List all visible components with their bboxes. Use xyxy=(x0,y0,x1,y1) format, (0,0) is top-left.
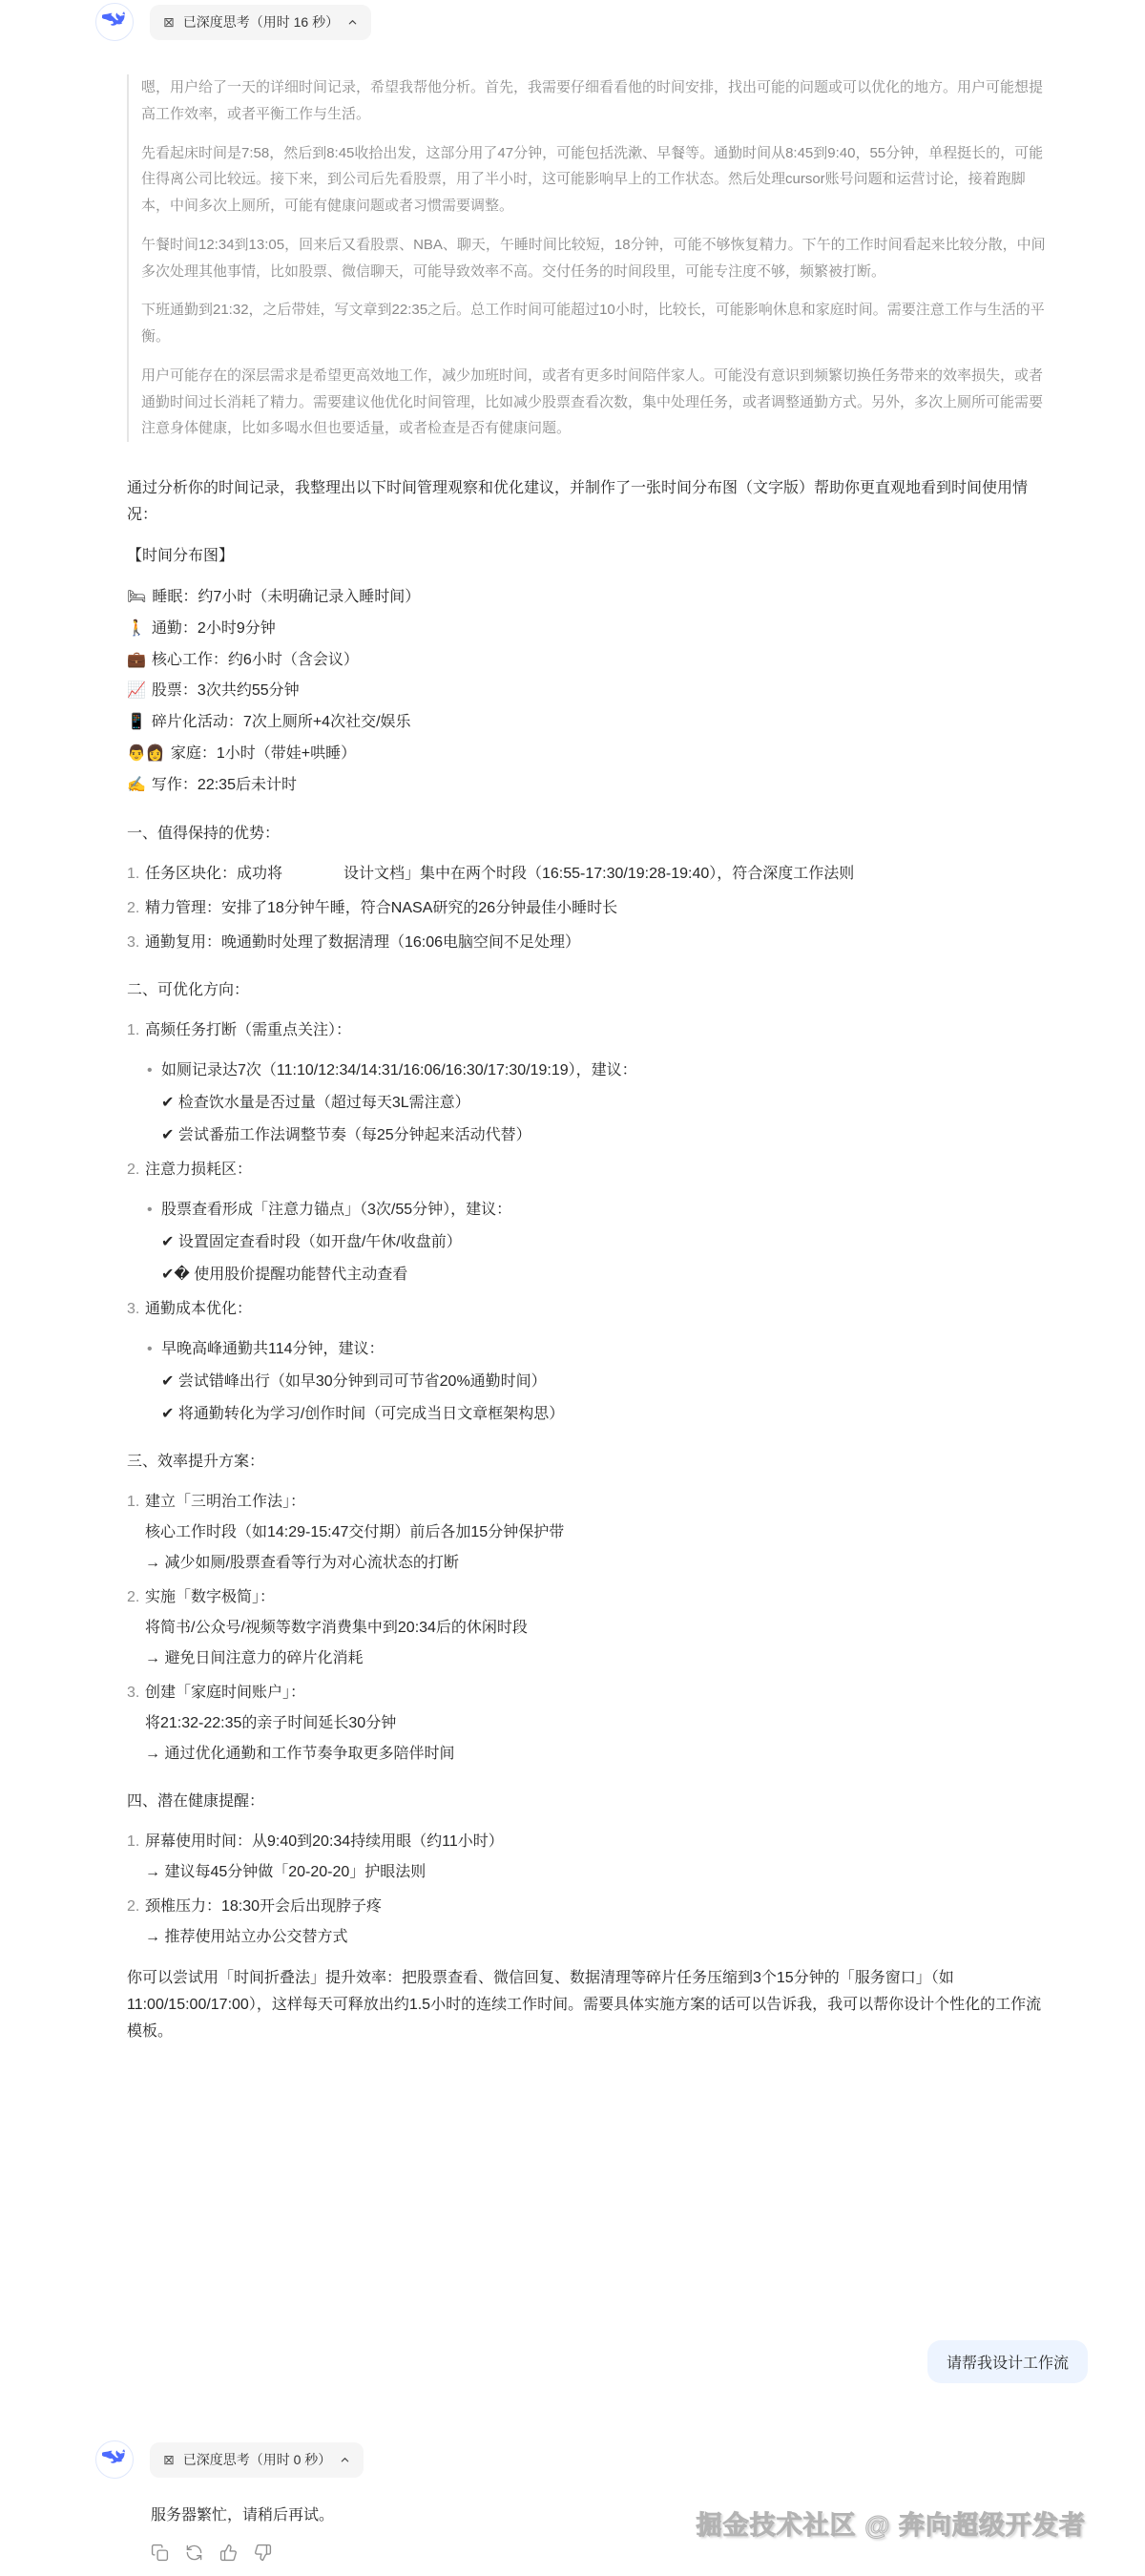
time-item-text: 睡眠：约7小时（未明确记录入睡时间） xyxy=(152,589,420,605)
list-item-line: 精力管理：安排了18分钟午睡，符合NASA研究的26分钟最佳小睡时长 xyxy=(145,895,1053,922)
thinking-label: 已深度思考（用时 0 秒） xyxy=(183,2450,332,2469)
walking-person-icon: 🚶 xyxy=(127,620,146,637)
thinking-paragraph: 午餐时间12:34到13:05，回来后又看股票、NBA、聊天，午睡时间比较短，1… xyxy=(141,232,1053,285)
thinking-paragraph: 嗯，用户给了一天的详细时间记录，希望我帮他分析。首先，我需要仔细看看他的时间安排… xyxy=(141,74,1053,128)
briefcase-icon: 💼 xyxy=(127,652,146,668)
regenerate-icon xyxy=(185,2544,203,2565)
numbered-list: 任务区块化：成功将 设计文档」集中在两个时段（16:55-17:30/19:28… xyxy=(127,861,1053,956)
time-item: 📈股票：3次共约55分钟 xyxy=(127,678,1053,705)
time-item: 💼核心工作：约6小时（含会议） xyxy=(127,647,1053,675)
time-item: 👨👩家庭：1小时（带娃+哄睡） xyxy=(127,741,1053,768)
copy-button[interactable] xyxy=(149,2542,171,2566)
list-item-line: 核心工作时段（如14:29-15:47交付期）前后各加15分钟保护带 xyxy=(145,1519,1053,1546)
check-line: ✔� 使用股价提醒功能替代主动查看 xyxy=(145,1262,1053,1288)
chart-increasing-icon: 📈 xyxy=(127,682,146,699)
message-header: ⊠ 已深度思考（用时 0 秒） xyxy=(95,2438,1145,2480)
list-item-line: → 建议每45分钟做「20-20-20」护眼法则 xyxy=(145,1859,1053,1886)
list-item: 创建「家庭时间账户」：将21:32-22:35的亲子时间延长30分钟→ 通过优化… xyxy=(127,1680,1053,1768)
list-item-line: 将简书/公众号/视频等数字消费集中到20:34后的休闲时段 xyxy=(145,1615,1053,1642)
user-message-bubble: 请帮我设计工作流 xyxy=(927,2340,1088,2383)
time-distribution-list: 🛏睡眠：约7小时（未明确记录入睡时间）🚶通勤：2小时9分钟💼核心工作：约6小时（… xyxy=(127,584,1053,800)
bed-icon: 🛏 xyxy=(127,589,146,605)
message-header: ⊠ 已深度思考（用时 16 秒） xyxy=(95,0,1145,42)
list-item-line: 通勤复用：晚通勤时处理了数据清理（16:06电脑空间不足处理） xyxy=(145,930,1053,956)
list-item-line: 通勤成本优化： xyxy=(145,1296,1053,1323)
writing-hand-icon: ✍️ xyxy=(127,777,146,793)
list-item-line: → 通过优化通勤和工作节奏争取更多陪伴时间 xyxy=(145,1741,1053,1768)
thinking-paragraph: 用户可能存在的深层需求是希望更高效地工作，减少加班时间，或者有更多时间陪伴家人。… xyxy=(141,363,1053,442)
user-message-row: 请帮我设计工作流 xyxy=(927,2340,1088,2383)
list-item-line: → 减少如厕/股票查看等行为对心流状态的打断 xyxy=(145,1550,1053,1577)
list-item-line: 高频任务打断（需重点关注）： xyxy=(145,1017,1053,1044)
time-item: 🚶通勤：2小时9分钟 xyxy=(127,616,1053,643)
paragraph: 通过分析你的时间记录，我整理出以下时间管理观察和优化建议，并制作了一张时间分布图… xyxy=(127,475,1053,529)
assistant-avatar xyxy=(95,2440,134,2479)
time-item: ✍️写作：22:35后未计时 xyxy=(127,772,1053,800)
list-item-line: → 推荐使用站立办公交替方式 xyxy=(145,1924,1053,1951)
numbered-list: 建立「三明治工作法」：核心工作时段（如14:29-15:47交付期）前后各加15… xyxy=(127,1489,1053,1768)
mobile-phone-icon: 📱 xyxy=(127,714,146,730)
list-item-line: 任务区块化：成功将 设计文档」集中在两个时段（16:55-17:30/19:28… xyxy=(145,861,1053,888)
list-item: 注意力损耗区：股票查看形成「注意力锚点」（3次/55分钟），建议：✔ 设置固定查… xyxy=(127,1157,1053,1288)
thumbs-down-icon xyxy=(254,2544,272,2565)
time-item-text: 写作：22:35后未计时 xyxy=(152,777,297,793)
assistant-answer: 通过分析你的时间记录，我整理出以下时间管理观察和优化建议，并制作了一张时间分布图… xyxy=(127,475,1053,2045)
list-item-line: 颈椎压力：18:30开会后出现脖子疼 xyxy=(145,1894,1053,1920)
check-line: ✔ 将通勤转化为学习/创作时间（可完成当日文章框架构思） xyxy=(145,1401,1053,1428)
section-heading: 四、潜在健康提醒： xyxy=(127,1789,1053,1815)
deepseek-whale-icon xyxy=(102,2445,127,2475)
list-item: 通勤成本优化：早晚高峰通勤共114分钟，建议：✔ 尝试错峰出行（如早30分钟到司… xyxy=(127,1296,1053,1428)
numbered-list: 高频任务打断（需重点关注）：如厕记录达7次（11:10/12:34/14:31/… xyxy=(127,1017,1053,1428)
section-heading: 二、可优化方向： xyxy=(127,977,1053,1004)
time-item: 📱碎片化活动：7次上厕所+4次社交/娱乐 xyxy=(127,709,1053,737)
list-item: 精力管理：安排了18分钟午睡，符合NASA研究的26分钟最佳小睡时长 xyxy=(127,895,1053,922)
assistant-message-2: ⊠ 已深度思考（用时 0 秒） 服务器繁忙，请稍后再试。 xyxy=(0,2438,1145,2566)
list-item: 任务区块化：成功将 设计文档」集中在两个时段（16:55-17:30/19:28… xyxy=(127,861,1053,888)
list-item: 建立「三明治工作法」：核心工作时段（如14:29-15:47交付期）前后各加15… xyxy=(127,1489,1053,1577)
thumbs-up-icon xyxy=(219,2544,238,2565)
deepseek-whale-icon xyxy=(102,8,127,37)
thumbs-down-button[interactable] xyxy=(252,2542,274,2566)
assistant-message-1: ⊠ 已深度思考（用时 16 秒） 嗯，用户给了一天的详细时间记录，希望我帮他分析… xyxy=(0,0,1145,2045)
list-item-line: 注意力损耗区： xyxy=(145,1157,1053,1183)
numbered-list: 屏幕使用时间：从9:40到20:34持续用眼（约11小时）→ 建议每45分钟做「… xyxy=(127,1829,1053,1951)
message-actions xyxy=(149,2542,1145,2566)
time-item-text: 股票：3次共约55分钟 xyxy=(152,682,300,699)
thinking-content: 嗯，用户给了一天的详细时间记录，希望我帮他分析。首先，我需要仔细看看他的时间安排… xyxy=(127,74,1053,442)
time-item: 🛏睡眠：约7小时（未明确记录入睡时间） xyxy=(127,584,1053,612)
bullet-item: 股票查看形成「注意力锚点」（3次/55分钟），建议： xyxy=(145,1197,1053,1224)
list-item: 屏幕使用时间：从9:40到20:34持续用眼（约11小时）→ 建议每45分钟做「… xyxy=(127,1829,1053,1886)
list-item-line: → 避免日间注意力的碎片化消耗 xyxy=(145,1645,1053,1672)
list-item-line: 建立「三明治工作法」： xyxy=(145,1489,1053,1516)
family-icon: 👨👩 xyxy=(127,745,165,762)
chat-page: ⊠ 已深度思考（用时 16 秒） 嗯，用户给了一天的详细时间记录，希望我帮他分析… xyxy=(0,0,1145,2576)
thinking-label: 已深度思考（用时 16 秒） xyxy=(183,12,339,31)
bullet-item: 早晚高峰通勤共114分钟，建议： xyxy=(145,1336,1053,1363)
paragraph: 【时间分布图】 xyxy=(127,543,1053,570)
chevron-up-icon xyxy=(340,2455,350,2465)
list-item: 颈椎压力：18:30开会后出现脖子疼→ 推荐使用站立办公交替方式 xyxy=(127,1894,1053,1951)
list-item: 实施「数字极简」：将简书/公众号/视频等数字消费集中到20:34后的休闲时段→ … xyxy=(127,1584,1053,1672)
check-line: ✔ 检查饮水量是否过量（超过每天3L需注意） xyxy=(145,1090,1053,1117)
check-line: ✔ 尝试错峰出行（如早30分钟到司可节省20%通勤时间） xyxy=(145,1369,1053,1395)
check-line: ✔ 尝试番茄工作法调整节奏（每25分钟起来活动代替） xyxy=(145,1122,1053,1149)
thinking-toggle[interactable]: ⊠ 已深度思考（用时 16 秒） xyxy=(150,5,371,40)
thinking-paragraph: 下班通勤到21:32，之后带娃，写文章到22:35之后。总工作时间可能超过10小… xyxy=(141,297,1053,350)
thinking-box-icon: ⊠ xyxy=(163,2453,175,2466)
assistant-avatar xyxy=(95,3,134,41)
bullet-item: 如厕记录达7次（11:10/12:34/14:31/16:06/16:30/17… xyxy=(145,1058,1053,1084)
chevron-up-icon xyxy=(347,17,358,28)
thinking-toggle[interactable]: ⊠ 已深度思考（用时 0 秒） xyxy=(150,2442,364,2478)
regenerate-button[interactable] xyxy=(183,2542,205,2566)
time-item-text: 家庭：1小时（带娃+哄睡） xyxy=(171,745,356,762)
paragraph: 你可以尝试用「时间折叠法」提升效率：把股票查看、微信回复、数据清理等碎片任务压缩… xyxy=(127,1965,1053,2045)
time-item-text: 碎片化活动：7次上厕所+4次社交/娱乐 xyxy=(152,714,411,730)
time-item-text: 核心工作：约6小时（含会议） xyxy=(152,652,359,668)
list-item-line: 屏幕使用时间：从9:40到20:34持续用眼（约11小时） xyxy=(145,1829,1053,1855)
list-item-line: 创建「家庭时间账户」： xyxy=(145,1680,1053,1707)
time-item-text: 通勤：2小时9分钟 xyxy=(152,620,276,637)
list-item-line: 将21:32-22:35的亲子时间延长30分钟 xyxy=(145,1710,1053,1737)
list-item: 通勤复用：晚通勤时处理了数据清理（16:06电脑空间不足处理） xyxy=(127,930,1053,956)
copy-icon xyxy=(151,2544,169,2565)
list-item: 高频任务打断（需重点关注）：如厕记录达7次（11:10/12:34/14:31/… xyxy=(127,1017,1053,1149)
page-watermark: 掘金技术社区 @ 奔向超级开发者 xyxy=(697,2504,1086,2542)
check-line: ✔ 设置固定查看时段（如开盘/午休/收盘前） xyxy=(145,1229,1053,1256)
thinking-paragraph: 先看起床时间是7:58，然后到8:45收拾出发，这部分用了47分钟，可能包括洗漱… xyxy=(141,140,1053,220)
thinking-box-icon: ⊠ xyxy=(163,15,175,29)
list-item-line: 实施「数字极简」： xyxy=(145,1584,1053,1611)
thumbs-up-button[interactable] xyxy=(218,2542,239,2566)
section-heading: 三、效率提升方案： xyxy=(127,1449,1053,1476)
section-heading: 一、值得保持的优势： xyxy=(127,821,1053,848)
